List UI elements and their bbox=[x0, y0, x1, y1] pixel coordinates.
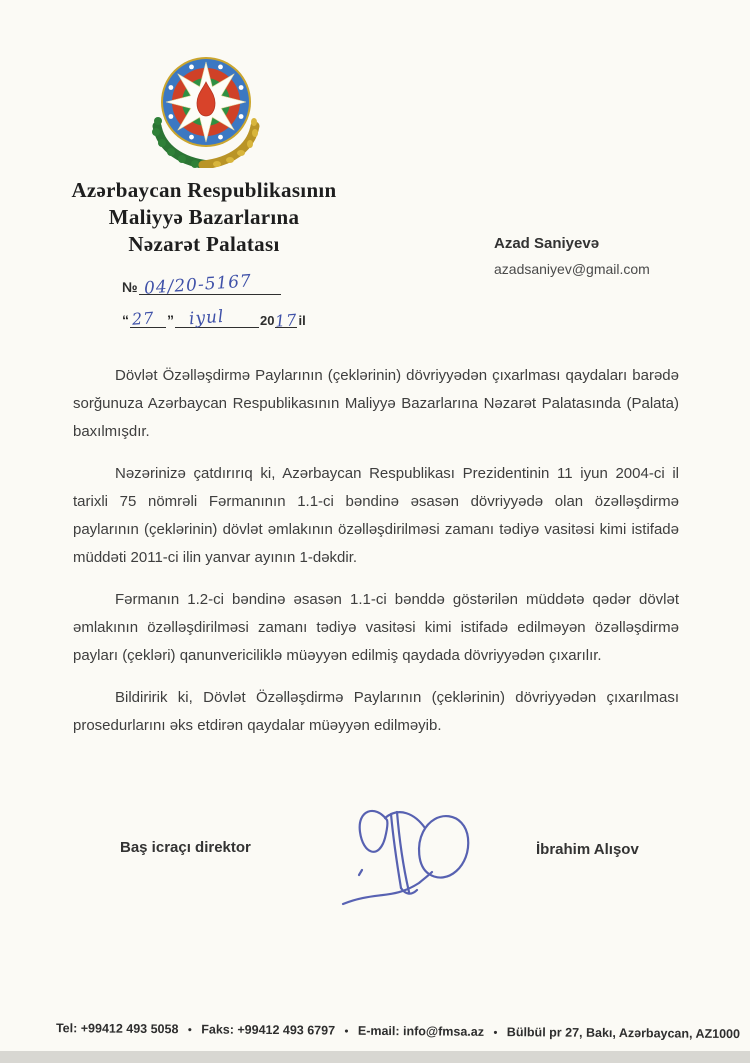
azerbaijan-coat-of-arms-icon bbox=[147, 56, 265, 168]
paragraph-1: Dövlət Özəlləşdirmə Paylarının (çeklərin… bbox=[73, 362, 679, 446]
date-quote-close: ” bbox=[167, 312, 174, 328]
org-name: Azərbaycan Respublikasının Maliyyə Bazar… bbox=[28, 177, 380, 258]
footer-email: E-mail: info@fmsa.az bbox=[358, 1024, 484, 1039]
reference-date-row: “27”iyul2017il bbox=[122, 309, 306, 331]
org-name-line-3: Nəzarət Palatası bbox=[28, 231, 380, 258]
recipient-name: Azad Saniyevə bbox=[494, 235, 650, 252]
paragraph-2: Nəzərinizə çatdırırıq ki, Azərbaycan Res… bbox=[73, 460, 679, 572]
footer-address: Bülbül pr 27, Bakı, Azərbaycan, AZ1000 bbox=[507, 1025, 740, 1041]
footer-faks: Faks: +99412 493 6797 bbox=[201, 1022, 335, 1037]
letter-page: Azərbaycan Respublikasının Maliyyə Bazar… bbox=[0, 0, 750, 1063]
date-month-line: iyul bbox=[175, 309, 259, 328]
handwritten-signature bbox=[335, 778, 503, 910]
footer-separator: • bbox=[344, 1026, 348, 1038]
scan-edge-strip bbox=[0, 1051, 750, 1063]
recipient-email: azadsaniyev@gmail.com bbox=[494, 261, 650, 277]
signer-name: İbrahim Alışov bbox=[536, 841, 639, 858]
paragraph-4: Bildiririk ki, Dövlət Özəlləşdirmə Payla… bbox=[73, 684, 679, 740]
footer-separator: • bbox=[493, 1027, 497, 1039]
org-name-line-1: Azərbaycan Respublikasının bbox=[28, 177, 380, 204]
signer-title: Baş icraçı direktor bbox=[120, 839, 251, 856]
reference-number-line: 04/20-5167 bbox=[139, 276, 281, 295]
date-year-handwritten: 17 bbox=[275, 310, 299, 331]
org-name-line-2: Maliyyə Bazarlarına bbox=[28, 204, 380, 231]
date-year-suffix: il bbox=[298, 313, 305, 328]
letter-body: Dövlət Özəlləşdirmə Paylarının (çeklərin… bbox=[73, 362, 679, 754]
reference-number-handwritten: 04/20-5167 bbox=[143, 271, 252, 298]
paragraph-3: Fərmanın 1.2-ci bəndinə əsasən 1.1-ci bə… bbox=[73, 586, 679, 670]
date-day-handwritten: 27 bbox=[131, 308, 155, 329]
date-month-handwritten: iyul bbox=[188, 307, 225, 329]
footer-tel: Tel: +99412 493 5058 bbox=[56, 1021, 179, 1036]
footer-separator: • bbox=[188, 1024, 192, 1036]
recipient-block: Azad Saniyevə azadsaniyev@gmail.com bbox=[494, 235, 650, 277]
date-year-line: 17 bbox=[275, 309, 297, 328]
date-quote-open: “ bbox=[122, 312, 129, 328]
reference-number-label: № bbox=[122, 279, 138, 295]
footer-contact-line: Tel: +99412 493 5058 • Faks: +99412 493 … bbox=[56, 1021, 712, 1041]
reference-number-row: №04/20-5167 bbox=[122, 276, 306, 298]
date-year-printed: 20 bbox=[260, 313, 274, 328]
reference-block: №04/20-5167 “27”iyul2017il bbox=[122, 276, 306, 331]
date-day-line: 27 bbox=[130, 309, 166, 328]
